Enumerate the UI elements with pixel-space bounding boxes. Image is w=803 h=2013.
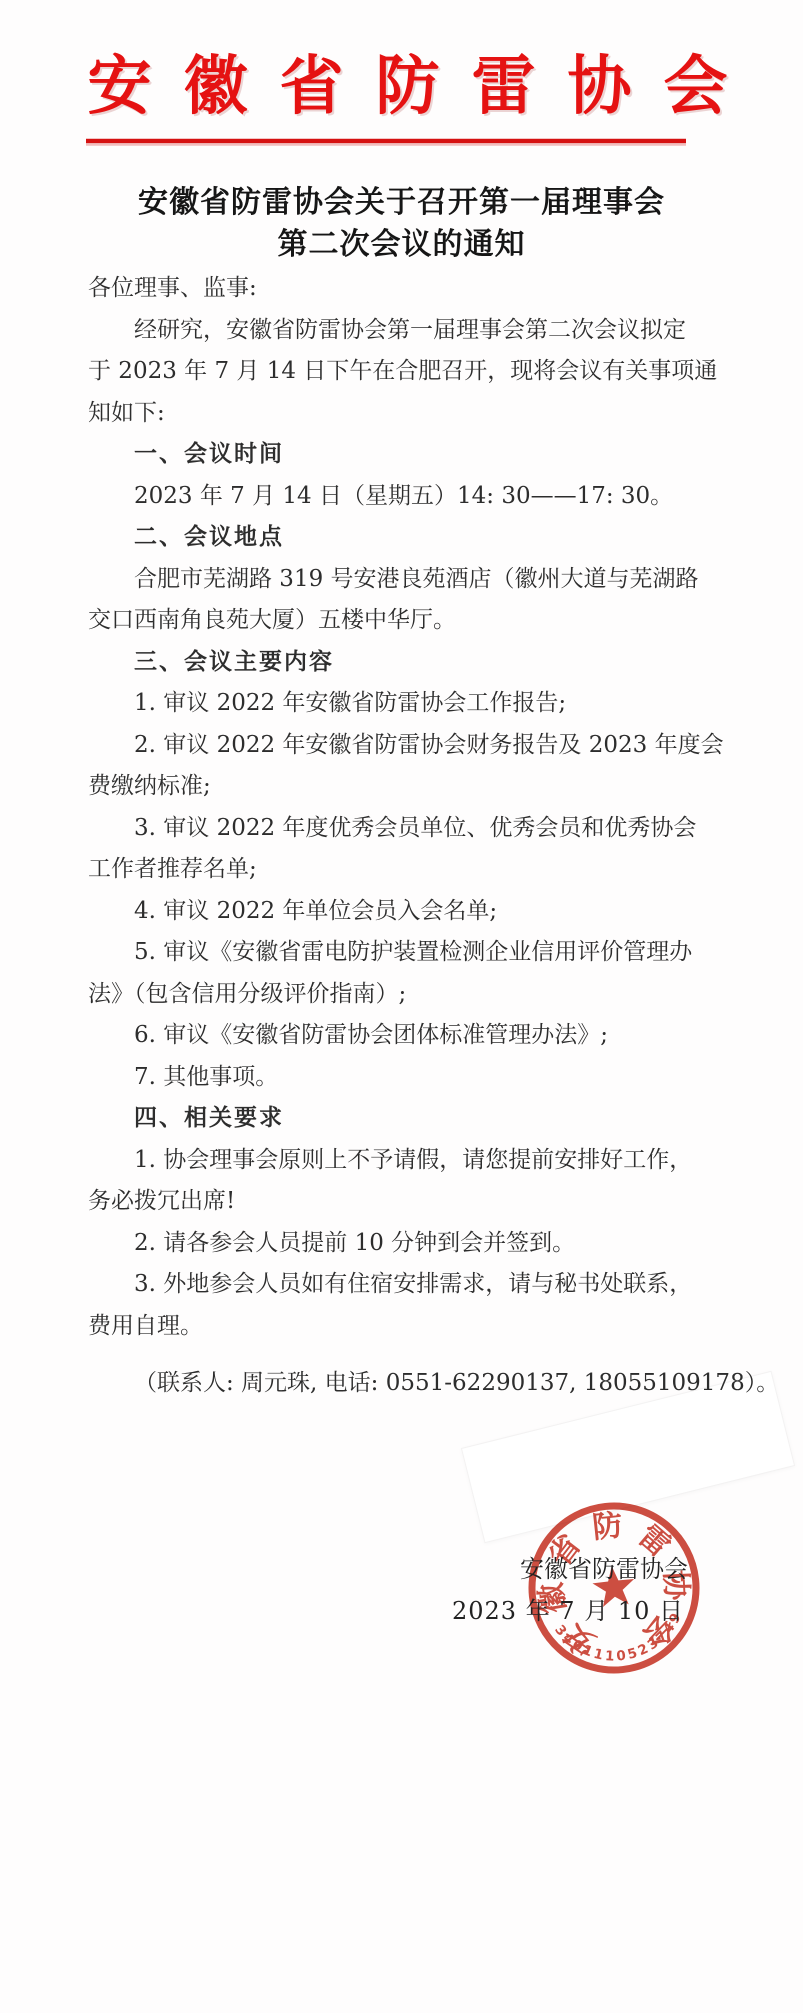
seal-serial-char: 1 (592, 1646, 605, 1664)
doc-line: 2. 请各参会人员提前 10 分钟到会并签到。 (88, 1223, 728, 1265)
doc-line: 7. 其他事项。 (88, 1057, 728, 1099)
doc-line: 务必拨冗出席! (88, 1181, 728, 1223)
doc-line: 知如下: (88, 393, 728, 435)
doc-line: 1. 审议 2022 年安徽省防雷协会工作报告; (88, 683, 728, 725)
document-page: 安徽省防雷协会 安徽省防雷协会关于召开第一届理事会 第二次会议的通知 各位理事、… (0, 0, 803, 2013)
doc-line: 4. 审议 2022 年单位会员入会名单; (88, 891, 728, 933)
doc-line: 于 2023 年 7 月 14 日下午在合肥召开，现将会议有关事项通 (88, 351, 728, 393)
doc-line: 2023 年 7 月 14 日（星期五）14: 30——17: 30。 (88, 476, 728, 518)
doc-line: 二、会议地点 (88, 517, 728, 559)
doc-line: 各位理事、监事: (88, 268, 728, 310)
doc-line: 3. 外地参会人员如有住宿安排需求，请与秘书处联系， (88, 1264, 728, 1306)
doc-line: 交口西南角良苑大厦）五楼中华厅。 (88, 600, 728, 642)
doc-line: 经研究，安徽省防雷协会第一届理事会第二次会议拟定 (88, 310, 728, 352)
doc-body: 各位理事、监事:经研究，安徽省防雷协会第一届理事会第二次会议拟定于 2023 年… (88, 268, 728, 1405)
org-banner: 安徽省防雷协会 (0, 0, 803, 124)
doc-line: 四、相关要求 (88, 1098, 728, 1140)
seal-serial-char: 0 (616, 1648, 627, 1665)
doc-line: 5. 审议《安徽省雷电防护装置检测企业信用评价管理办 (88, 932, 728, 974)
doc-line: 法》（包含信用分级评价指南）; (88, 974, 728, 1016)
doc-line: 2. 审议 2022 年安徽省防雷协会财务报告及 2023 年度会 (88, 725, 728, 767)
doc-title: 安徽省防雷协会关于召开第一届理事会 第二次会议的通知 (0, 182, 803, 266)
official-seal: 安徽省防雷协会 3401110523749 (509, 1483, 719, 1693)
signature-date: 2023 年 7 月 10 日 (452, 1591, 684, 1626)
seal-serial-char: 1 (605, 1648, 615, 1665)
signature-org: 安徽省防雷协会 (520, 1549, 688, 1584)
doc-title-line2: 第二次会议的通知 (0, 224, 803, 266)
doc-line: 费缴纳标准; (88, 766, 728, 808)
doc-line: 费用自理。 (88, 1306, 728, 1348)
doc-line: （联系人: 周元珠, 电话: 0551-62290137, 1805510917… (88, 1363, 728, 1405)
doc-line: 工作者推荐名单; (88, 849, 728, 891)
doc-line: 三、会议主要内容 (88, 642, 728, 684)
seal-ring-char: 防 (591, 1508, 624, 1546)
doc-line: 6. 审议《安徽省防雷协会团体标准管理办法》; (88, 1015, 728, 1057)
doc-title-line1: 安徽省防雷协会关于召开第一届理事会 (0, 182, 803, 224)
seal-group: 安徽省防雷协会 3401110523749 (524, 1498, 704, 1678)
doc-line: 一、会议时间 (88, 434, 728, 476)
doc-line: 1. 协会理事会原则上不予请假，请您提前安排好工作， (88, 1140, 728, 1182)
doc-line: 3. 审议 2022 年度优秀会员单位、优秀会员和优秀协会 (88, 808, 728, 850)
doc-line: 合肥市芜湖路 319 号安港良苑酒店（徽州大道与芜湖路 (88, 559, 728, 601)
banner-rule (86, 138, 686, 146)
